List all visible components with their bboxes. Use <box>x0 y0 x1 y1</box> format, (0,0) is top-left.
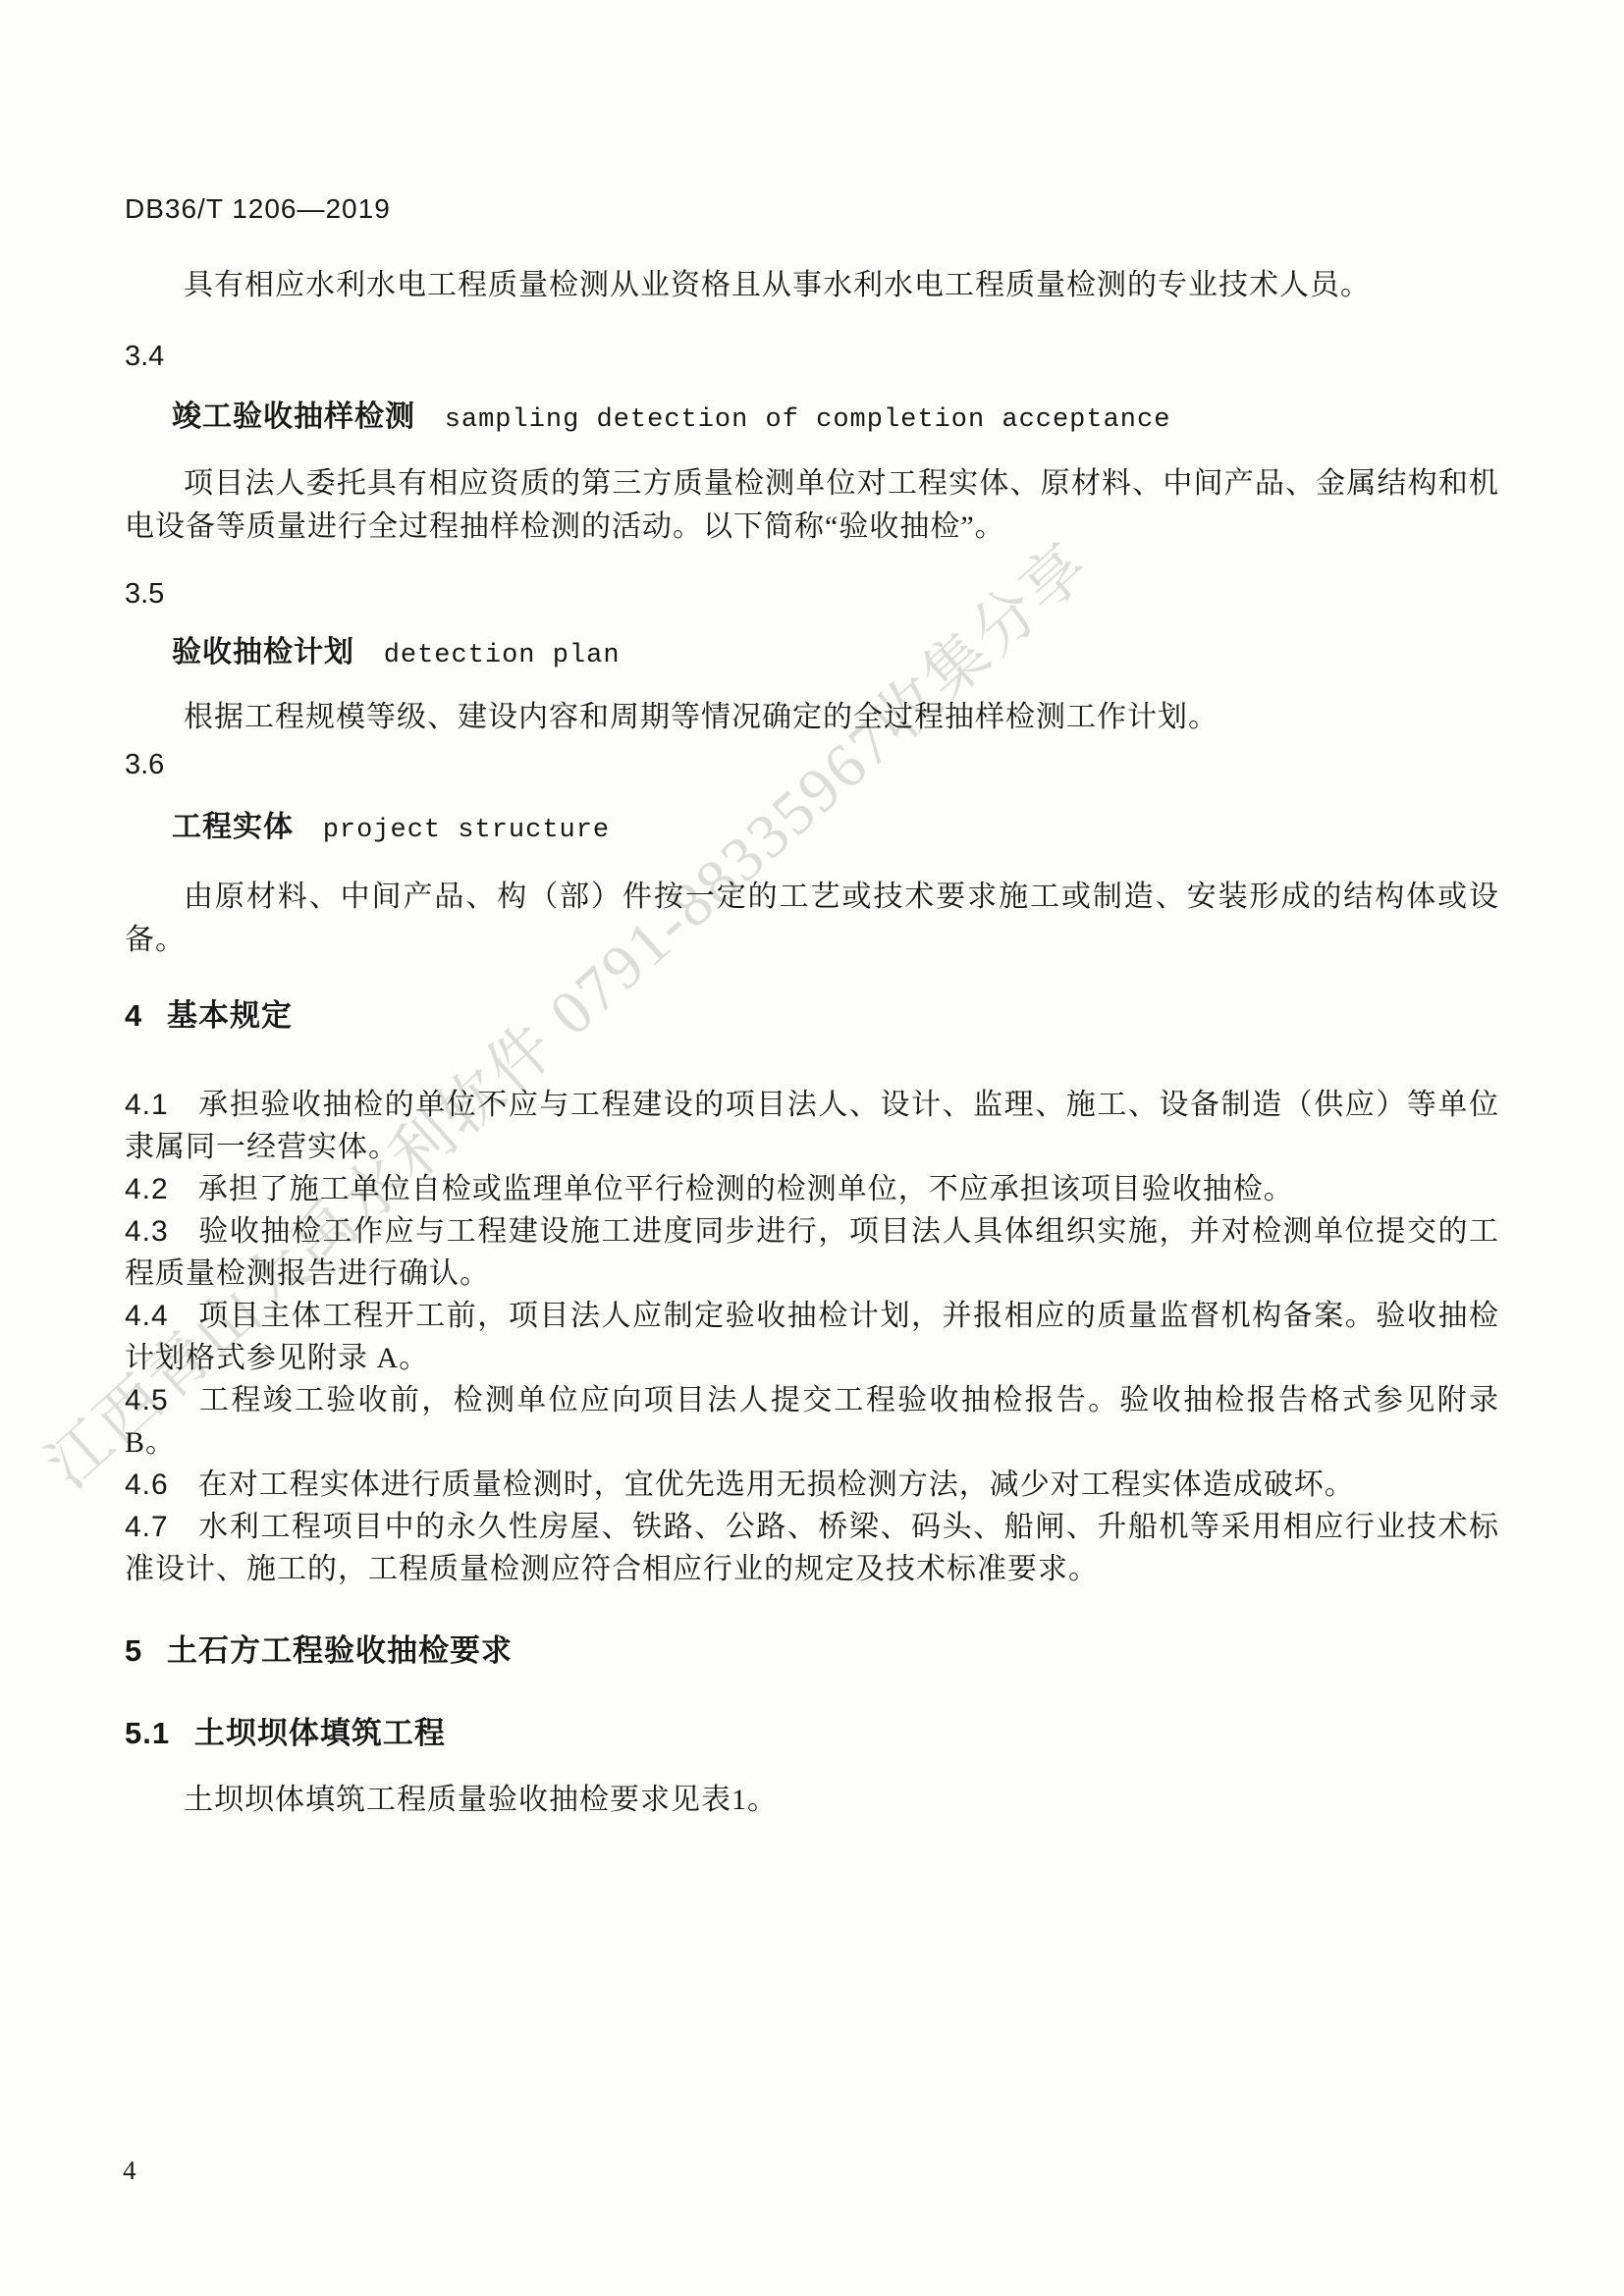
numbered-clause-4-4: 4.4项目主体工程开工前，项目法人应制定验收抽检计划，并报相应的质量监督机构备案… <box>125 1295 1499 1379</box>
standard-number-header: DB36/T 1206—2019 <box>125 193 1499 225</box>
numbered-clause-4-3: 4.3验收抽检工作应与工程建设施工进度同步进行，项目法人具体组织实施，并对检测单… <box>125 1210 1499 1295</box>
section-4-heading: 4基本规定 <box>125 997 1499 1035</box>
clause-text-4-3: 验收抽检工作应与工程建设施工进度同步进行，项目法人具体组织实施，并对检测单位提交… <box>125 1215 1499 1290</box>
clause-text-4-1: 承担验收抽检的单位不应与工程建设的项目法人、设计、监理、施工、设备制造（供应）等… <box>125 1089 1499 1163</box>
clause-number-4-6: 4.6 <box>125 1468 169 1501</box>
clause-number-3-6: 3.6 <box>125 747 1499 782</box>
clause-number-3-4: 3.4 <box>125 339 1499 374</box>
clause-text-4-6: 在对工程实体进行质量检测时，宜优先选用无损检测方法，减少对工程实体造成破坏。 <box>198 1468 1355 1501</box>
section-5-1-number: 5.1 <box>125 1716 170 1750</box>
paragraph-3-5: 根据工程规模等级、建设内容和周期等情况确定的全过程抽样检测工作计划。 <box>125 696 1499 739</box>
section-5-heading: 5土石方工程验收抽检要求 <box>125 1632 1499 1670</box>
clause-text-4-2: 承担了施工单位自检或监理单位平行检测的检测单位，不应承担该项目验收抽检。 <box>198 1173 1294 1205</box>
paragraph-3-6: 由原材料、中间产品、构（部）件按一定的工艺或技术要求施工或制造、安装形成的结构体… <box>125 876 1499 962</box>
numbered-clause-4-6: 4.6在对工程实体进行质量检测时，宜优先选用无损检测方法，减少对工程实体造成破坏… <box>125 1464 1499 1506</box>
section-5-number: 5 <box>125 1633 142 1668</box>
section-5-title: 土石方工程验收抽检要求 <box>167 1633 513 1668</box>
term-line-3-5: 验收抽检计划detection plan <box>125 633 1499 675</box>
term-en-3-4: sampling detection of completion accepta… <box>445 405 1171 435</box>
clause-number-3-5: 3.5 <box>125 576 1499 612</box>
clause-number-4-4: 4.4 <box>125 1300 169 1332</box>
clause-text-4-7: 水利工程项目中的永久性房屋、铁路、公路、桥梁、码头、船闸、升船机等采用相应行业技… <box>125 1511 1499 1585</box>
section-4-title: 基本规定 <box>167 998 293 1033</box>
numbered-clause-4-7: 4.7水利工程项目中的永久性房屋、铁路、公路、桥梁、码头、船闸、升船机等采用相应… <box>125 1506 1499 1590</box>
page-content: DB36/T 1206—2019 具有相应水利水电工程质量检测从业资格且从事水利… <box>125 0 1499 1822</box>
section-4-number: 4 <box>125 998 142 1033</box>
page-number: 4 <box>123 2156 136 2186</box>
clause-number-4-2: 4.2 <box>125 1173 169 1205</box>
clause-text-4-5: 工程竣工验收前，检测单位应向项目法人提交工程验收抽检报告。验收抽检报告格式参见附… <box>125 1384 1499 1459</box>
paragraph-3-4: 项目法人委托具有相应资质的第三方质量检测单位对工程实体、原材料、中间产品、金属结… <box>125 462 1499 549</box>
section-4-items: 4.1承担验收抽检的单位不应与工程建设的项目法人、设计、监理、施工、设备制造（供… <box>125 1084 1499 1590</box>
clause-number-4-7: 4.7 <box>125 1511 169 1543</box>
term-line-3-4: 竣工验收抽样检测sampling detection of completion… <box>125 398 1499 440</box>
paragraph-intro: 具有相应水利水电工程质量检测从业资格且从事水利水电工程质量检测的专业技术人员。 <box>125 264 1499 307</box>
numbered-clause-4-2: 4.2承担了施工单位自检或监理单位平行检测的检测单位，不应承担该项目验收抽检。 <box>125 1168 1499 1210</box>
term-zh-3-5: 验收抽检计划 <box>172 636 354 668</box>
term-zh-3-4: 竣工验收抽样检测 <box>172 400 415 433</box>
numbered-clause-4-1: 4.1承担验收抽检的单位不应与工程建设的项目法人、设计、监理、施工、设备制造（供… <box>125 1084 1499 1168</box>
clause-number-4-3: 4.3 <box>125 1215 169 1248</box>
term-line-3-6: 工程实体project structure <box>125 808 1499 850</box>
term-en-3-5: detection plan <box>384 641 621 670</box>
document-page: 江西青山大禹水利软件 0791-88335967收集分享 DB36/T 1206… <box>0 0 1624 2296</box>
term-zh-3-6: 工程实体 <box>172 811 294 843</box>
section-5-1-title: 土坝坝体填筑工程 <box>194 1716 446 1750</box>
term-en-3-6: project structure <box>323 816 610 845</box>
section-5-1-heading: 5.1土坝坝体填筑工程 <box>125 1715 1499 1752</box>
numbered-clause-4-5: 4.5工程竣工验收前，检测单位应向项目法人提交工程验收抽检报告。验收抽检报告格式… <box>125 1379 1499 1464</box>
clause-number-4-1: 4.1 <box>125 1089 169 1121</box>
paragraph-5-1: 土坝坝体填筑工程质量验收抽检要求见表1。 <box>125 1779 1499 1822</box>
clause-text-4-4: 项目主体工程开工前，项目法人应制定验收抽检计划，并报相应的质量监督机构备案。验收… <box>125 1300 1499 1374</box>
clause-number-4-5: 4.5 <box>125 1384 169 1416</box>
